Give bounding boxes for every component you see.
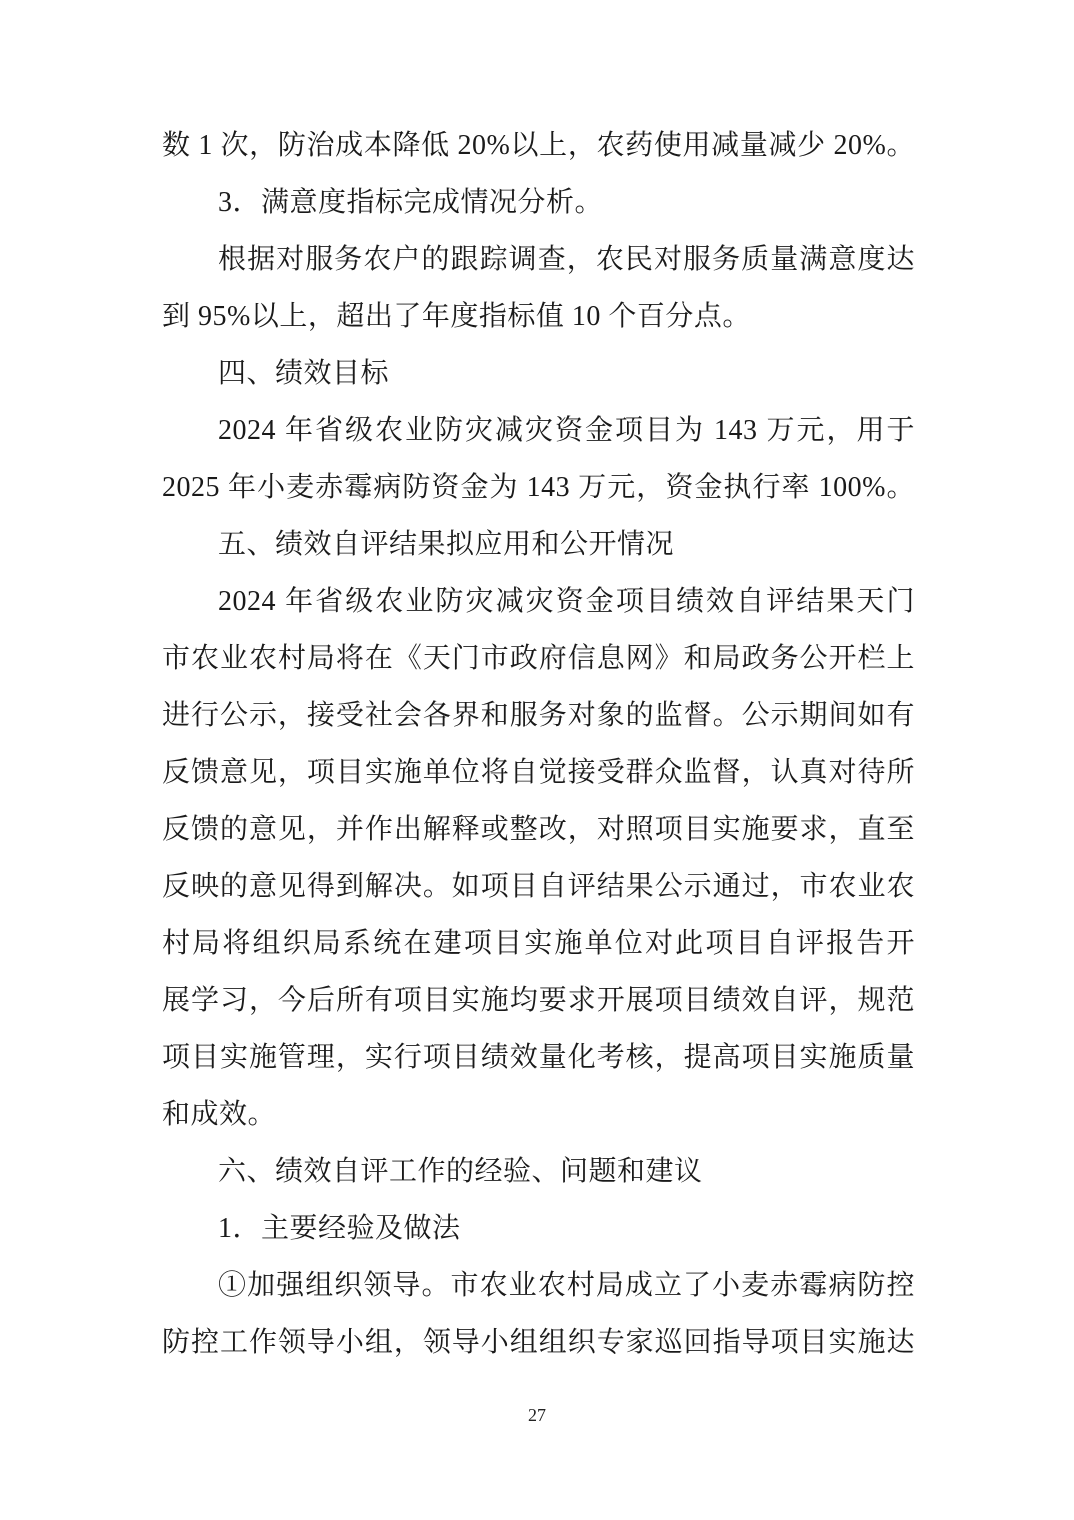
text-line-6: 2024 年省级农业防灾减灾资金项目为 143 万元，用于: [162, 402, 915, 459]
text-line-5: 四、绩效目标: [162, 345, 915, 402]
text-line-2: 3．满意度指标完成情况分析。: [162, 174, 915, 231]
text-line-22: 防控工作领导小组，领导小组组织专家巡回指导项目实施达: [162, 1314, 915, 1371]
text-line-14: 反映的意见得到解决。如项目自评结果公示通过，市农业农: [162, 858, 915, 915]
text-line-7: 2025 年小麦赤霉病防资金为 143 万元，资金执行率 100%。: [162, 459, 915, 516]
text-line-20: 1．主要经验及做法: [162, 1200, 915, 1257]
text-line-11: 进行公示，接受社会各界和服务对象的监督。公示期间如有: [162, 687, 915, 744]
text-line-18: 和成效。: [162, 1086, 915, 1143]
page-number: 27: [0, 1403, 1074, 1427]
text-line-10: 市农业农村局将在《天门市政府信息网》和局政务公开栏上: [162, 630, 915, 687]
text-line-17: 项目实施管理，实行项目绩效量化考核，提高项目实施质量: [162, 1029, 915, 1086]
text-line-15: 村局将组织局系统在建项目实施单位对此项目自评报告开: [162, 915, 915, 972]
text-line-4: 到 95%以上，超出了年度指标值 10 个百分点。: [162, 288, 915, 345]
text-line-8: 五、绩效自评结果拟应用和公开情况: [162, 516, 915, 573]
text-line-3: 根据对服务农户的跟踪调查，农民对服务质量满意度达: [162, 231, 915, 288]
text-line-19: 六、绩效自评工作的经验、问题和建议: [162, 1143, 915, 1200]
document-body: 数 1 次，防治成本降低 20%以上，农药使用减量减少 20%。3．满意度指标完…: [162, 117, 915, 1371]
text-line-16: 展学习，今后所有项目实施均要求开展项目绩效自评，规范: [162, 972, 915, 1029]
text-line-12: 反馈意见，项目实施单位将自觉接受群众监督，认真对待所: [162, 744, 915, 801]
text-line-21: ①加强组织领导。市农业农村局成立了小麦赤霉病防控: [162, 1257, 915, 1314]
document-page: 数 1 次，防治成本降低 20%以上，农药使用减量减少 20%。3．满意度指标完…: [0, 0, 1074, 1520]
text-line-9: 2024 年省级农业防灾减灾资金项目绩效自评结果天门: [162, 573, 915, 630]
text-line-13: 反馈的意见，并作出解释或整改，对照项目实施要求，直至: [162, 801, 915, 858]
text-line-1: 数 1 次，防治成本降低 20%以上，农药使用减量减少 20%。: [162, 117, 915, 174]
